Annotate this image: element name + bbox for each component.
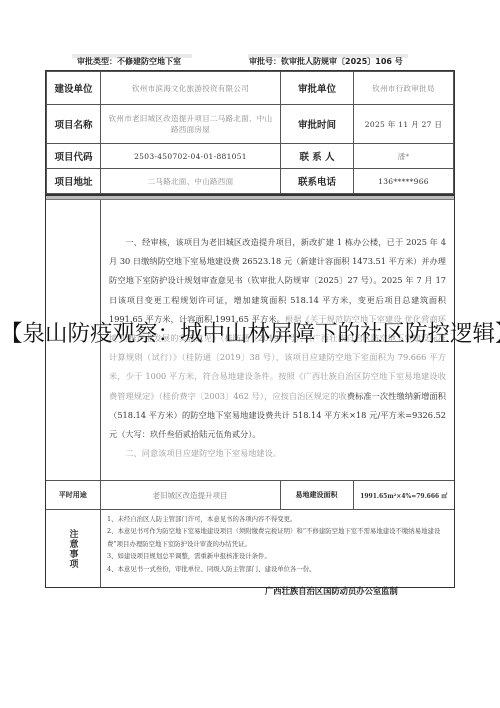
list-item: 1、未经自治区人防主管部门许可，本意见书的各项内容不得变更。: [107, 513, 448, 525]
value-phone: 136*****966: [354, 169, 454, 194]
approval-number: 审批号：钦审批人防规审〔2025〕106 号: [249, 56, 403, 67]
notes-list: 1、未经自治区人防主管部门许可，本意见书的各项内容不得变更。 2、本意见书可作为…: [101, 510, 454, 587]
label-approval-date: 审批时间: [281, 105, 354, 144]
table-row: 平时用途 老旧城区改造提升项目 易地建设面积 1991.65m²×4%=79.6…: [46, 481, 454, 510]
label-address: 项目地址: [47, 169, 101, 194]
value-approver: 钦州市行政审批局: [354, 72, 454, 105]
label-project-name: 项目名称: [47, 105, 101, 144]
list-item: 2、本意见书可作为防空地下室易地建设项目（须附缴费完税证明）和“不修建防空地下室…: [107, 525, 448, 550]
list-item: 3、如建设项目规划总平调整，需重新申报核准设计条件。: [107, 550, 448, 562]
value-approval-date: 2025 年 11 月 27 日: [354, 105, 454, 144]
label-builder: 建设单位: [47, 72, 101, 105]
value-contact: 潘*: [354, 144, 454, 169]
table-row: 项目代码 2503-450702-04-01-881051 联 系 人 潘*: [47, 144, 454, 169]
issuer-signature: 广西壮族自治区国防动员办公室监制: [265, 585, 398, 597]
notes-title-cell: 注意事项: [46, 510, 101, 587]
notes-section: 注意事项 1、未经自治区人防主管部门许可，本意见书的各项内容不得变更。 2、本意…: [46, 510, 454, 587]
value-relocation-area: 1991.65m²×4%=79.666 ㎡: [353, 481, 454, 510]
value-project-name: 钦州市老旧城区改造提升项目二马路北面、中山路西面房屋: [101, 105, 281, 144]
value-usage: 老旧城区改造提升项目: [100, 481, 280, 510]
label-usage: 平时用途: [46, 481, 100, 510]
list-item: 4、本意见书一式叁份，审批单位、同级人防主管部门、建设单位各一份。: [107, 563, 448, 575]
value-address: 二马路北面、中山路西面: [101, 169, 281, 194]
label-phone: 联系电话: [281, 169, 354, 194]
label-project-code: 项目代码: [47, 144, 101, 169]
label-relocation-area: 易地建设面积: [280, 481, 353, 510]
approval-type: 审批类型：不修建防空地下室: [77, 56, 181, 67]
table-row: 项目地址 二马路北面、中山路西面 联系电话 136*****966: [47, 169, 454, 194]
info-table: 建设单位 钦州市滨海文化旅游投资有限公司 审批单位 钦州市行政审批局 项目名称 …: [46, 71, 454, 194]
table-row: 项目名称 钦州市老旧城区改造提升项目二马路北面、中山路西面房屋 审批时间 202…: [47, 105, 454, 144]
overlay-headline: 【泉山防疫观察：城中山林屏障下的社区防控逻辑】: [0, 320, 500, 348]
table-row: 建设单位 钦州市滨海文化旅游投资有限公司 审批单位 钦州市行政审批局: [47, 72, 454, 105]
value-project-code: 2503-450702-04-01-881051: [101, 144, 281, 169]
value-builder: 钦州市滨海文化旅游投资有限公司: [101, 72, 281, 105]
usage-table: 平时用途 老旧城区改造提升项目 易地建设面积 1991.65m²×4%=79.6…: [46, 481, 454, 510]
notes-title: 注意事项: [67, 529, 80, 569]
label-approver: 审批单位: [281, 72, 354, 105]
opinion-paragraph-2: 二、同意该项目应建防空地下室易地建设。: [109, 444, 446, 463]
label-contact: 联 系 人: [281, 144, 354, 169]
